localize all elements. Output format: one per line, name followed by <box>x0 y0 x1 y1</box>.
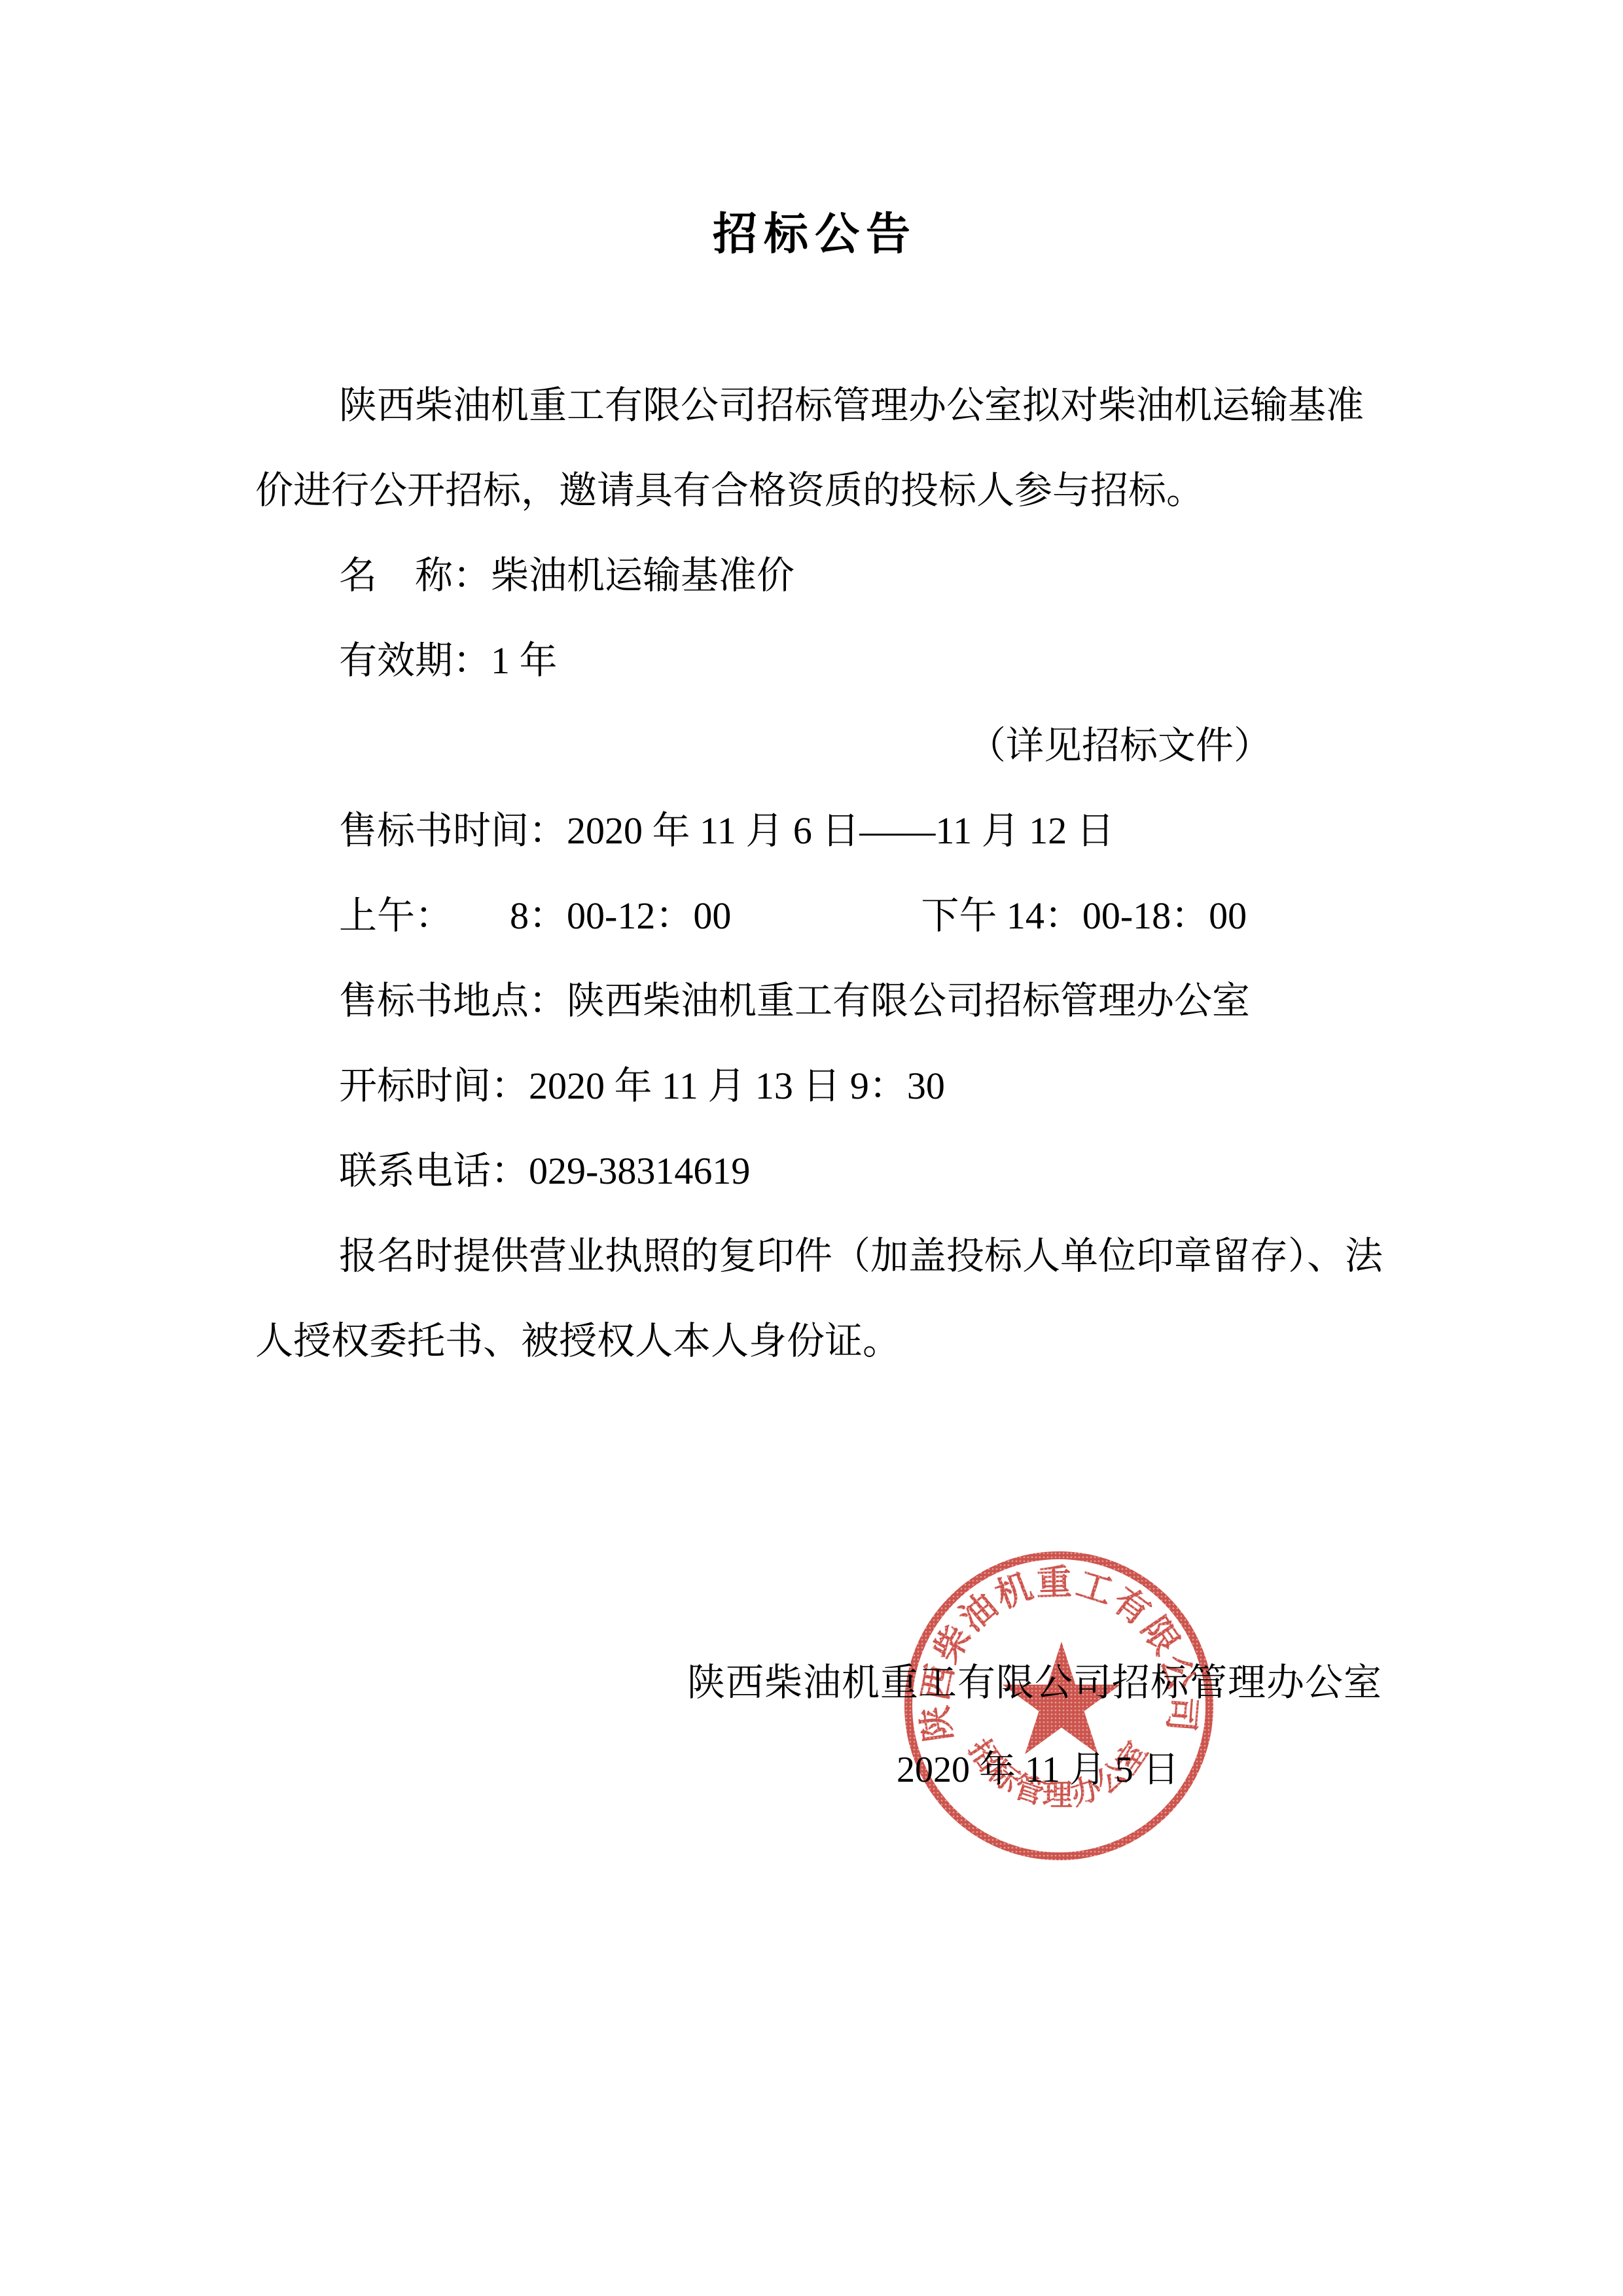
body-line-see-tender-docs: （详见招标文件） <box>255 703 1407 788</box>
body-line-opening-time: 开标时间：2020 年 11 月 13 日 9：30 <box>255 1044 1407 1129</box>
document-page: 招标公告 陕西柴油机重工有限公司招标管理办公室拟对柴油机运输基准 价进行公开招标… <box>0 0 1623 2296</box>
seal-ring-text: 陕西柴油机重工有限公司 <box>915 1563 1202 1744</box>
body-line-validity: 有效期：1 年 <box>255 618 1407 703</box>
body-line: 人授权委托书、被授权人本人身份证。 <box>255 1299 1407 1384</box>
body-line: 报名时提供营业执照的复印件（加盖投标人单位印章留存）、法 <box>255 1214 1407 1299</box>
document-body: 陕西柴油机重工有限公司招标管理办公室拟对柴油机运输基准 价进行公开招标，邀请具有… <box>255 363 1407 1384</box>
date-line: 2020 年 11 月 5 日 <box>897 1752 1179 1788</box>
signature-line: 陕西柴油机重工有限公司招标管理办公室 <box>687 1664 1382 1702</box>
document-title: 招标公告 <box>0 207 1623 262</box>
body-line-sale-time: 售标书时间：2020 年 11 月 6 日——11 月 12 日 <box>255 788 1407 874</box>
seal-ring <box>908 1555 1209 1856</box>
body-line-sale-place: 售标书地点：陕西柴油机重工有限公司招标管理办公室 <box>255 959 1407 1044</box>
body-line: 陕西柴油机重工有限公司招标管理办公室拟对柴油机运输基准 <box>255 363 1407 448</box>
body-line-phone: 联系电话：029-38314619 <box>255 1129 1407 1214</box>
official-seal: 陕西柴油机重工有限公司 招标管理办公室 <box>889 1536 1229 1876</box>
body-line: 价进行公开招标，邀请具有合格资质的投标人参与招标。 <box>255 448 1407 533</box>
body-line-hours: 上午： 8：00-12：00 下午 14：00-18：00 <box>255 874 1407 959</box>
body-line-project-name: 名 称：柴油机运输基准价 <box>255 533 1407 618</box>
